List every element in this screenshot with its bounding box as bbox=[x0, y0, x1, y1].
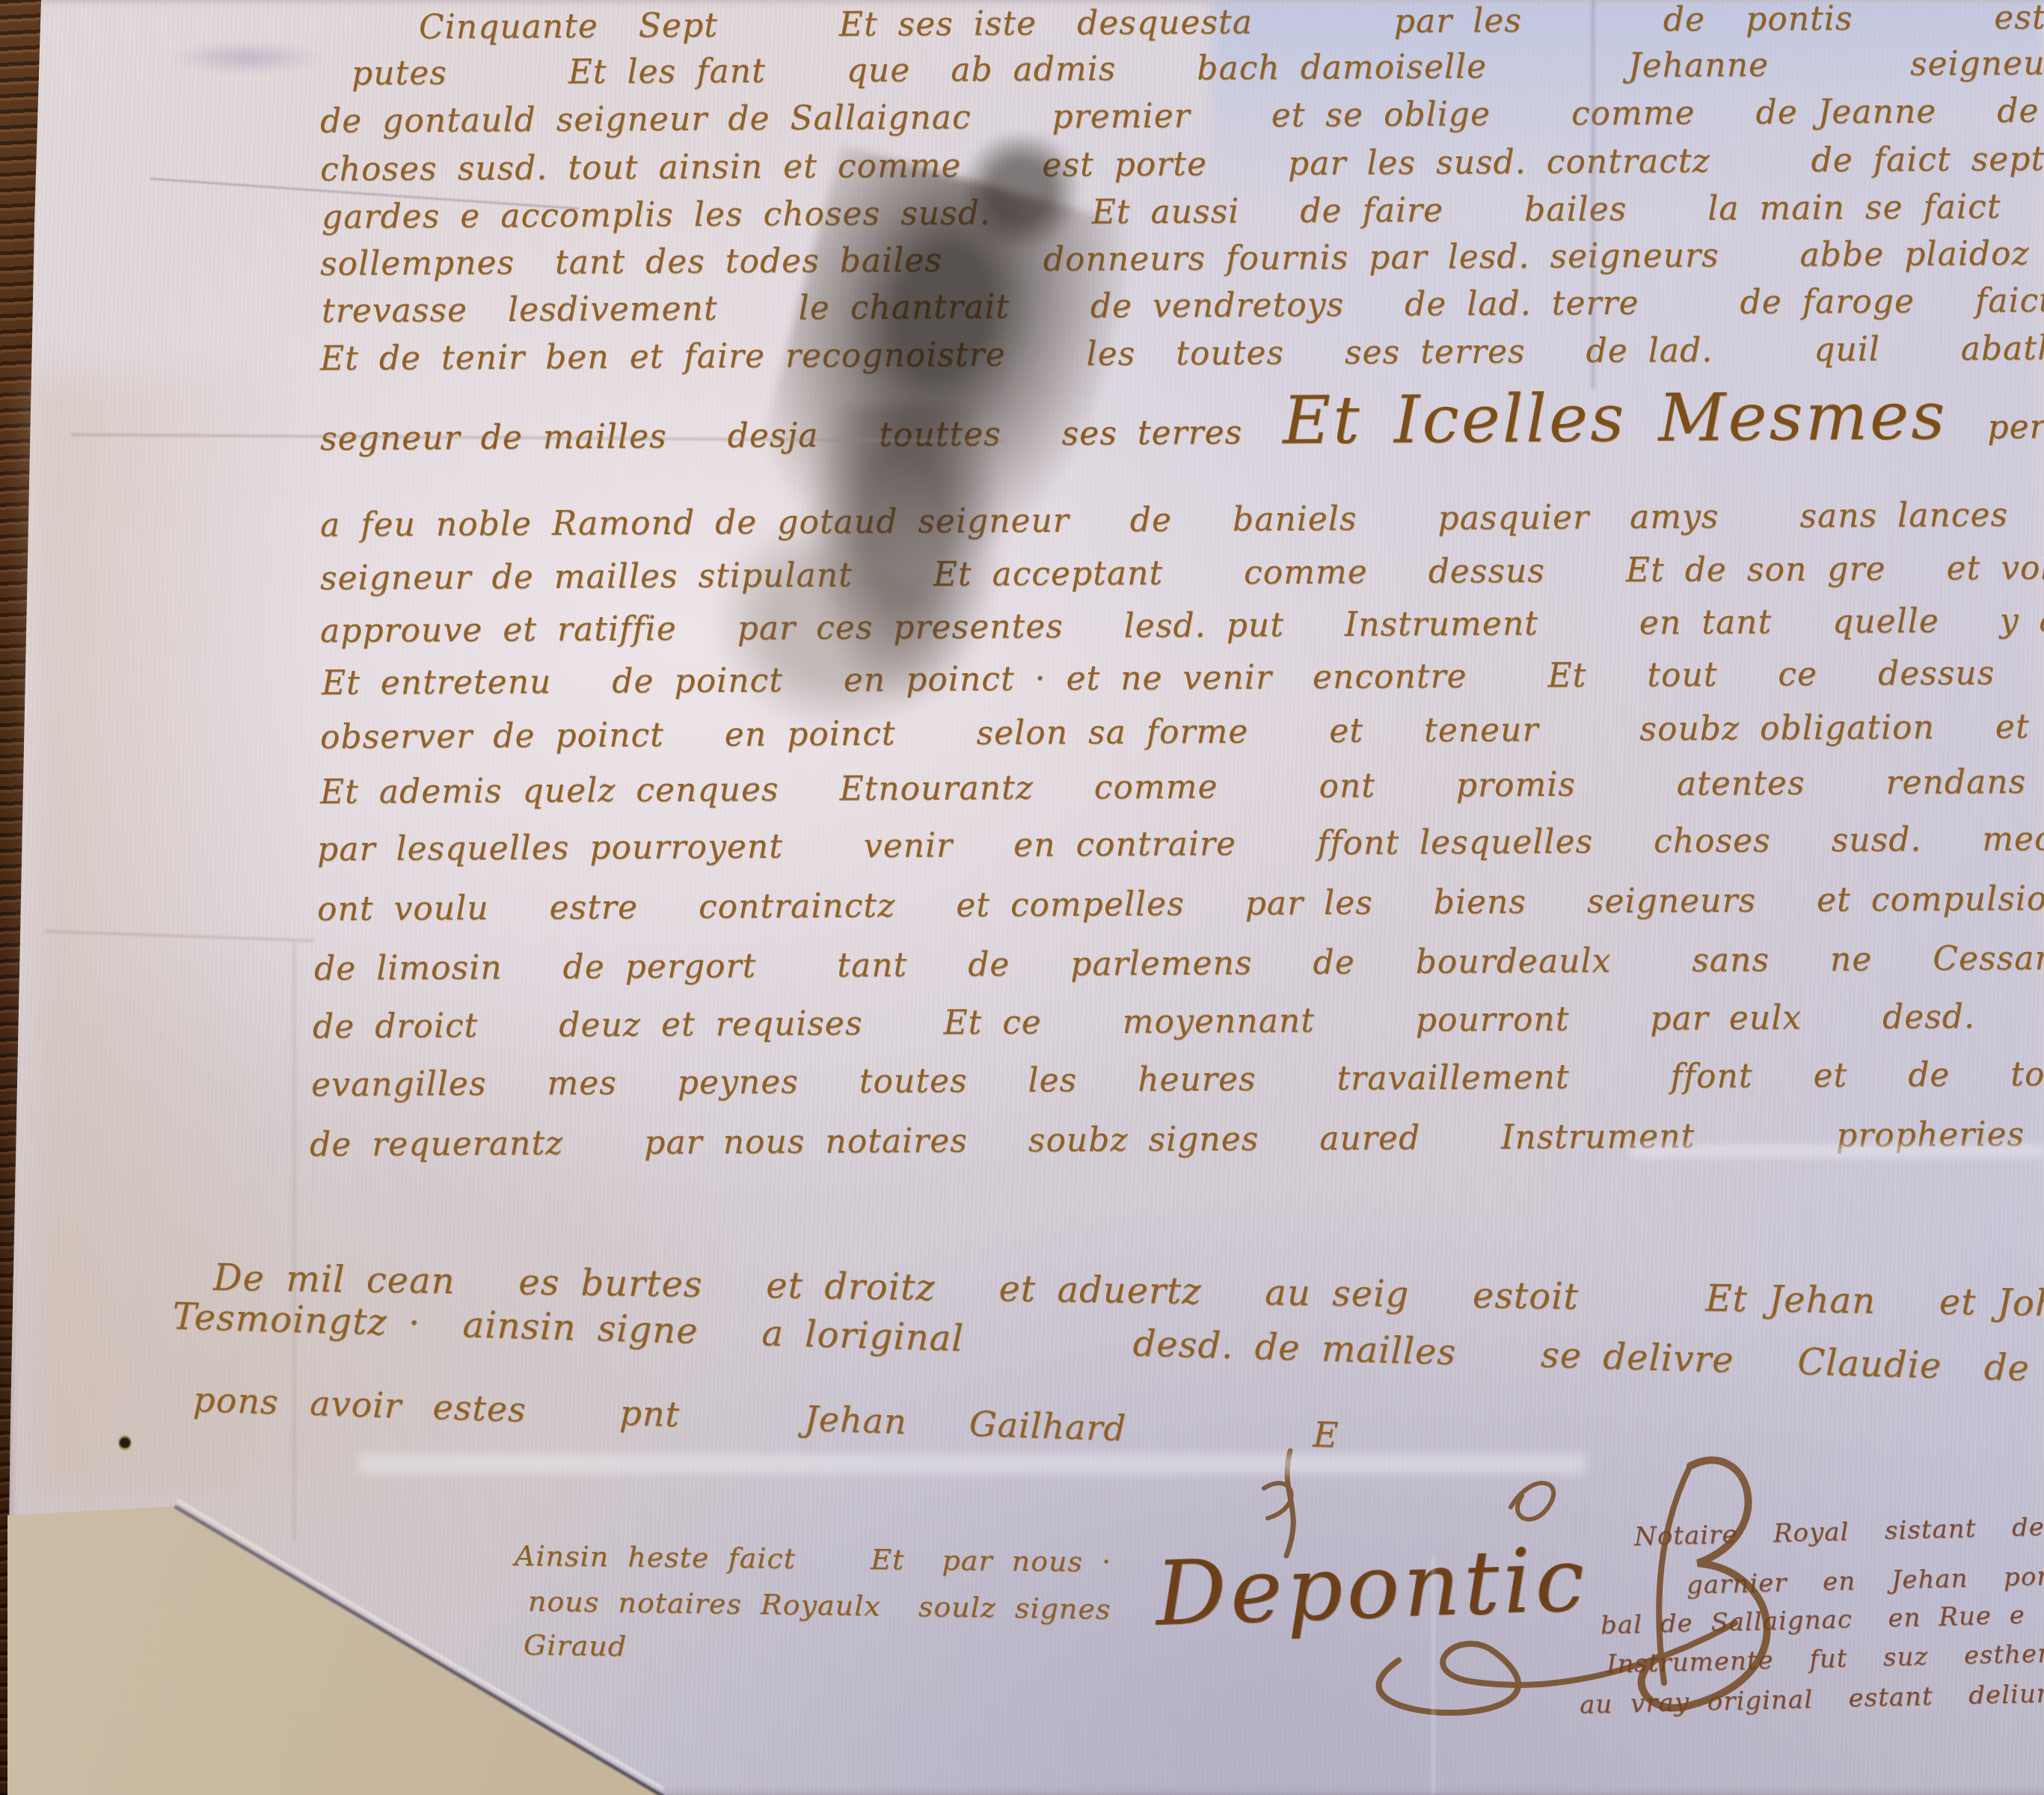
closing-line: Giraud bbox=[524, 1628, 627, 1663]
emphasized-phrase-line: segneur de mailles desja touttes ses ter… bbox=[320, 371, 2044, 465]
attestation-line: pons avoir estes pnt Jehan Gailhard E bbox=[193, 1379, 1339, 1455]
manuscript-line: sollempnes tant des todes bailes donneur… bbox=[320, 230, 2044, 283]
signature-paraph-flourish bbox=[1212, 1436, 1885, 1758]
manuscript-text: Cinquante Sept Et ses iste desquesta par… bbox=[0, 0, 2044, 1795]
emphasis-post-text: personne comme Constitue de donne bbox=[1947, 402, 2044, 447]
photo-of-parchment-document: Cinquante Sept Et ses iste desquesta par… bbox=[0, 0, 2044, 1795]
closing-line: Ainsin heste faict Et par nous · bbox=[515, 1539, 1112, 1578]
manuscript-line: seigneur de mailles stipulant Et accepta… bbox=[320, 547, 2044, 598]
manuscript-line: ont voulu estre contrainctz et compelles… bbox=[317, 878, 2044, 929]
manuscript-line: choses susd. tout ainsin et comme est po… bbox=[320, 137, 2044, 189]
emphasized-phrase: Et Icelles Mesmes bbox=[1283, 377, 1948, 458]
manuscript-line: approuve et ratiffie par ces presentes l… bbox=[320, 600, 2044, 651]
manuscript-line: Et entretenu de poinct en poinct · et ne… bbox=[322, 652, 2044, 703]
manuscript-line: Et de tenir ben et faire recognoistre le… bbox=[320, 328, 2044, 378]
manuscript-line: Cinquante Sept Et ses iste desquesta par… bbox=[419, 0, 2044, 46]
manuscript-line: gardes e accomplis les choses susd. Et a… bbox=[322, 185, 2044, 236]
manuscript-line: trevasse lesdivement le chantrait de ven… bbox=[322, 279, 2044, 330]
manuscript-line: Et ademis quelz cenques Etnourantz comme… bbox=[320, 761, 2044, 811]
manuscript-line: de gontauld seigneur de Sallaignac premi… bbox=[320, 89, 2044, 141]
closing-line: nous notaires Royaulx soulz signes bbox=[528, 1585, 1111, 1626]
manuscript-line: par lesquelles pourroyent venir en contr… bbox=[317, 818, 2044, 869]
manuscript-line: putes Et les fant que ab admis bach damo… bbox=[352, 41, 2044, 93]
worm-hole bbox=[118, 1435, 132, 1451]
emphasis-pre-text: segneur de mailles desja touttes ses ter… bbox=[320, 414, 1283, 458]
manuscript-line: de limosin de pergort tant de parlemens … bbox=[314, 938, 2044, 988]
manuscript-line: evangilles mes peynes toutes les heures … bbox=[311, 1055, 2044, 1104]
manuscript-line: de droict deuz et requises Et ce moyenna… bbox=[313, 996, 2044, 1046]
manuscript-line: de requerantz par nous notaires soubz si… bbox=[310, 1115, 2044, 1165]
manuscript-line: a feu noble Ramond de gotaud seigneur de… bbox=[320, 493, 2044, 544]
manuscript-line: observer de poinct en poinct selon sa fo… bbox=[320, 706, 2044, 757]
